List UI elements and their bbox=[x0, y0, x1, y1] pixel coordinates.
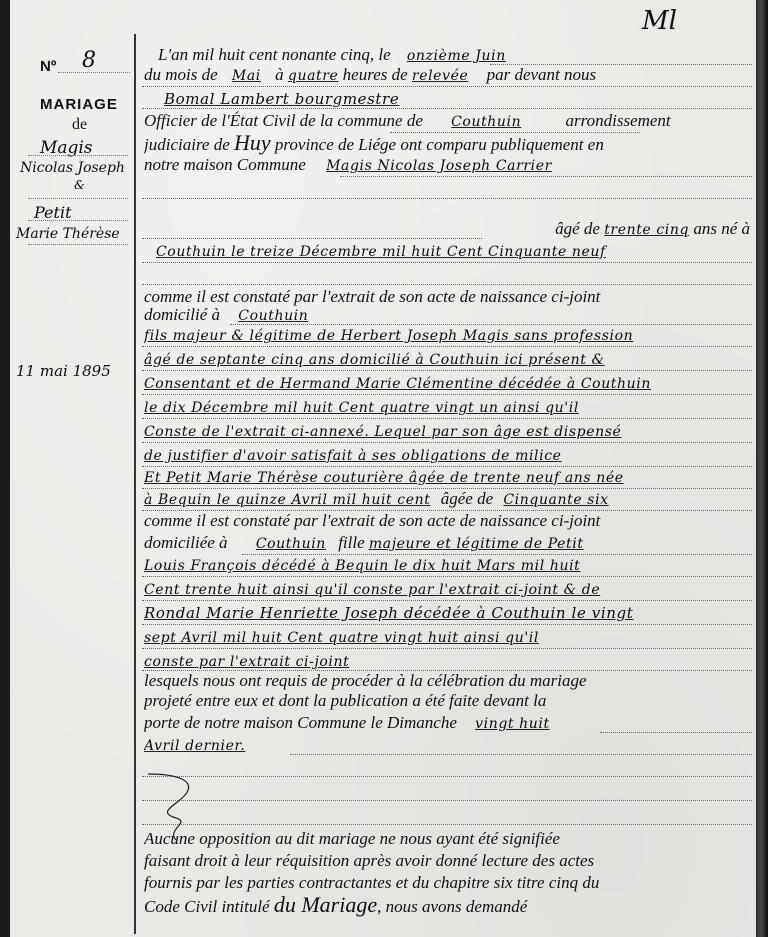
act-line: Couthuin le treize Décembre mil huit Cen… bbox=[144, 238, 756, 264]
margin-groom-given: Nicolas Joseph bbox=[20, 160, 125, 176]
act-line: âgé de septante cinq ans domicilié à Cou… bbox=[144, 346, 756, 372]
act-line: fils majeur & légitime de Herbert Joseph… bbox=[144, 322, 756, 348]
act-line: Louis François décédé à Bequin le dix hu… bbox=[144, 552, 756, 578]
act-line: sept Avril mil huit Cent quatre vingt hu… bbox=[144, 624, 756, 650]
margin-dotline bbox=[28, 244, 128, 245]
act-line: Code Civil intitulé du Mariage, nous avo… bbox=[144, 892, 756, 922]
act-line: Conste de l'extrait ci-annexé. Lequel pa… bbox=[144, 418, 756, 444]
margin-bride-given: Marie Thérèse bbox=[16, 226, 120, 242]
binding-edge bbox=[756, 0, 768, 937]
act-line: notre maison Commune Magis Nicolas Josep… bbox=[144, 152, 756, 178]
initials-paraph: Ml bbox=[642, 6, 677, 36]
margin-dotline bbox=[28, 155, 128, 156]
act-number-label: Nº bbox=[40, 58, 56, 75]
column-divider bbox=[134, 34, 136, 934]
margin-dotline bbox=[28, 220, 128, 221]
act-line: le dix Décembre mil huit Cent quatre vin… bbox=[144, 394, 756, 420]
margin-conjunction: & bbox=[74, 178, 85, 192]
act-line: Rondal Marie Henriette Joseph décédée à … bbox=[144, 600, 756, 626]
register-page: Ml 8 Nº 8 MARIAGE de Magis Nicolas Josep… bbox=[10, 0, 760, 937]
act-line: Cent trente huit ainsi qu'il conste par … bbox=[144, 576, 756, 602]
margin-title: MARIAGE bbox=[40, 96, 118, 113]
margin-dotline bbox=[28, 198, 128, 199]
act-number-value: 8 bbox=[82, 48, 96, 73]
margin-dotline bbox=[58, 72, 130, 73]
margin-title-de: de bbox=[72, 116, 87, 134]
act-line: Consentant et de Hermand Marie Clémentin… bbox=[144, 370, 756, 396]
act-line: du mois de Mai à quatre heures de relevé… bbox=[144, 62, 756, 88]
margin-date: 11 mai 1895 bbox=[16, 362, 111, 380]
